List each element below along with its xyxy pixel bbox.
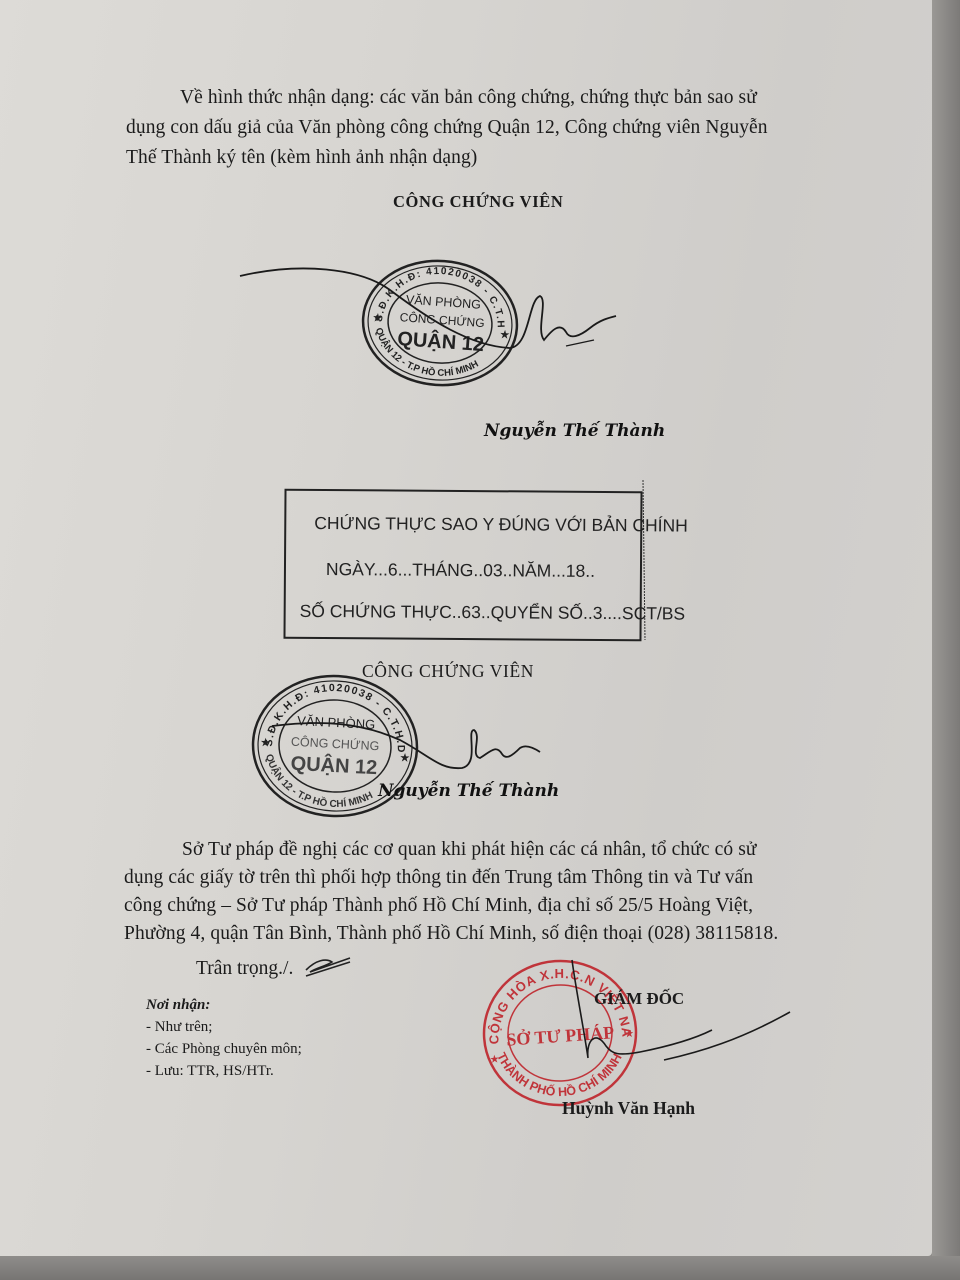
signer-name: Huỳnh Văn Hạnh	[562, 1095, 695, 1122]
director-signature	[0, 0, 960, 1280]
